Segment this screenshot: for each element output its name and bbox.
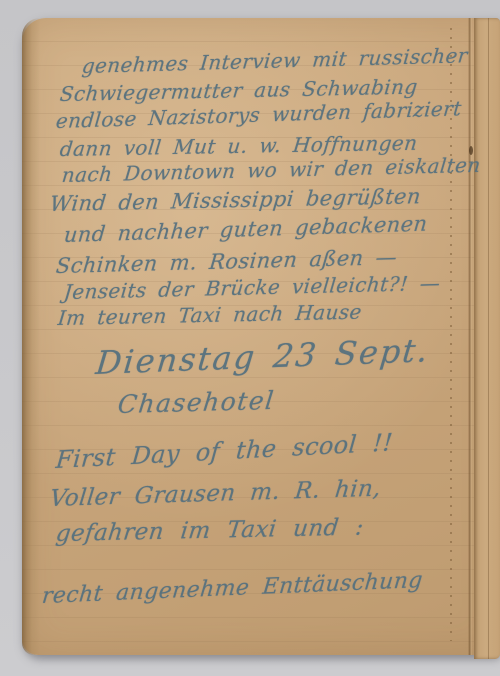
handwriting-line: und nachher guten gebackenen [63, 212, 429, 248]
handwriting-line: First Day of the scool !! [55, 428, 394, 474]
handwriting-line: Wind den Mississippi begrüßten [49, 184, 422, 216]
entry-place-heading: Chasehotel [116, 386, 276, 419]
handwriting-line: Im teuren Taxi nach Hause [57, 300, 363, 330]
entry-date-heading: Dienstag 23 Sept. [94, 331, 431, 382]
handwriting-line: gefahren im Taxi und : [54, 515, 365, 548]
handwriting-block: genehmes Interview mit russischer Schwie… [22, 18, 500, 655]
handwriting-line: recht angenehme Enttäuschung [41, 568, 424, 609]
handwriting-line: Voller Grausen m. R. hin, [49, 476, 383, 513]
handwriting-line: genehmes Interview mit russischer [81, 43, 469, 78]
scanned-photo-background: genehmes Interview mit russischer Schwie… [0, 0, 500, 676]
notebook-page: genehmes Interview mit russischer Schwie… [22, 18, 500, 655]
